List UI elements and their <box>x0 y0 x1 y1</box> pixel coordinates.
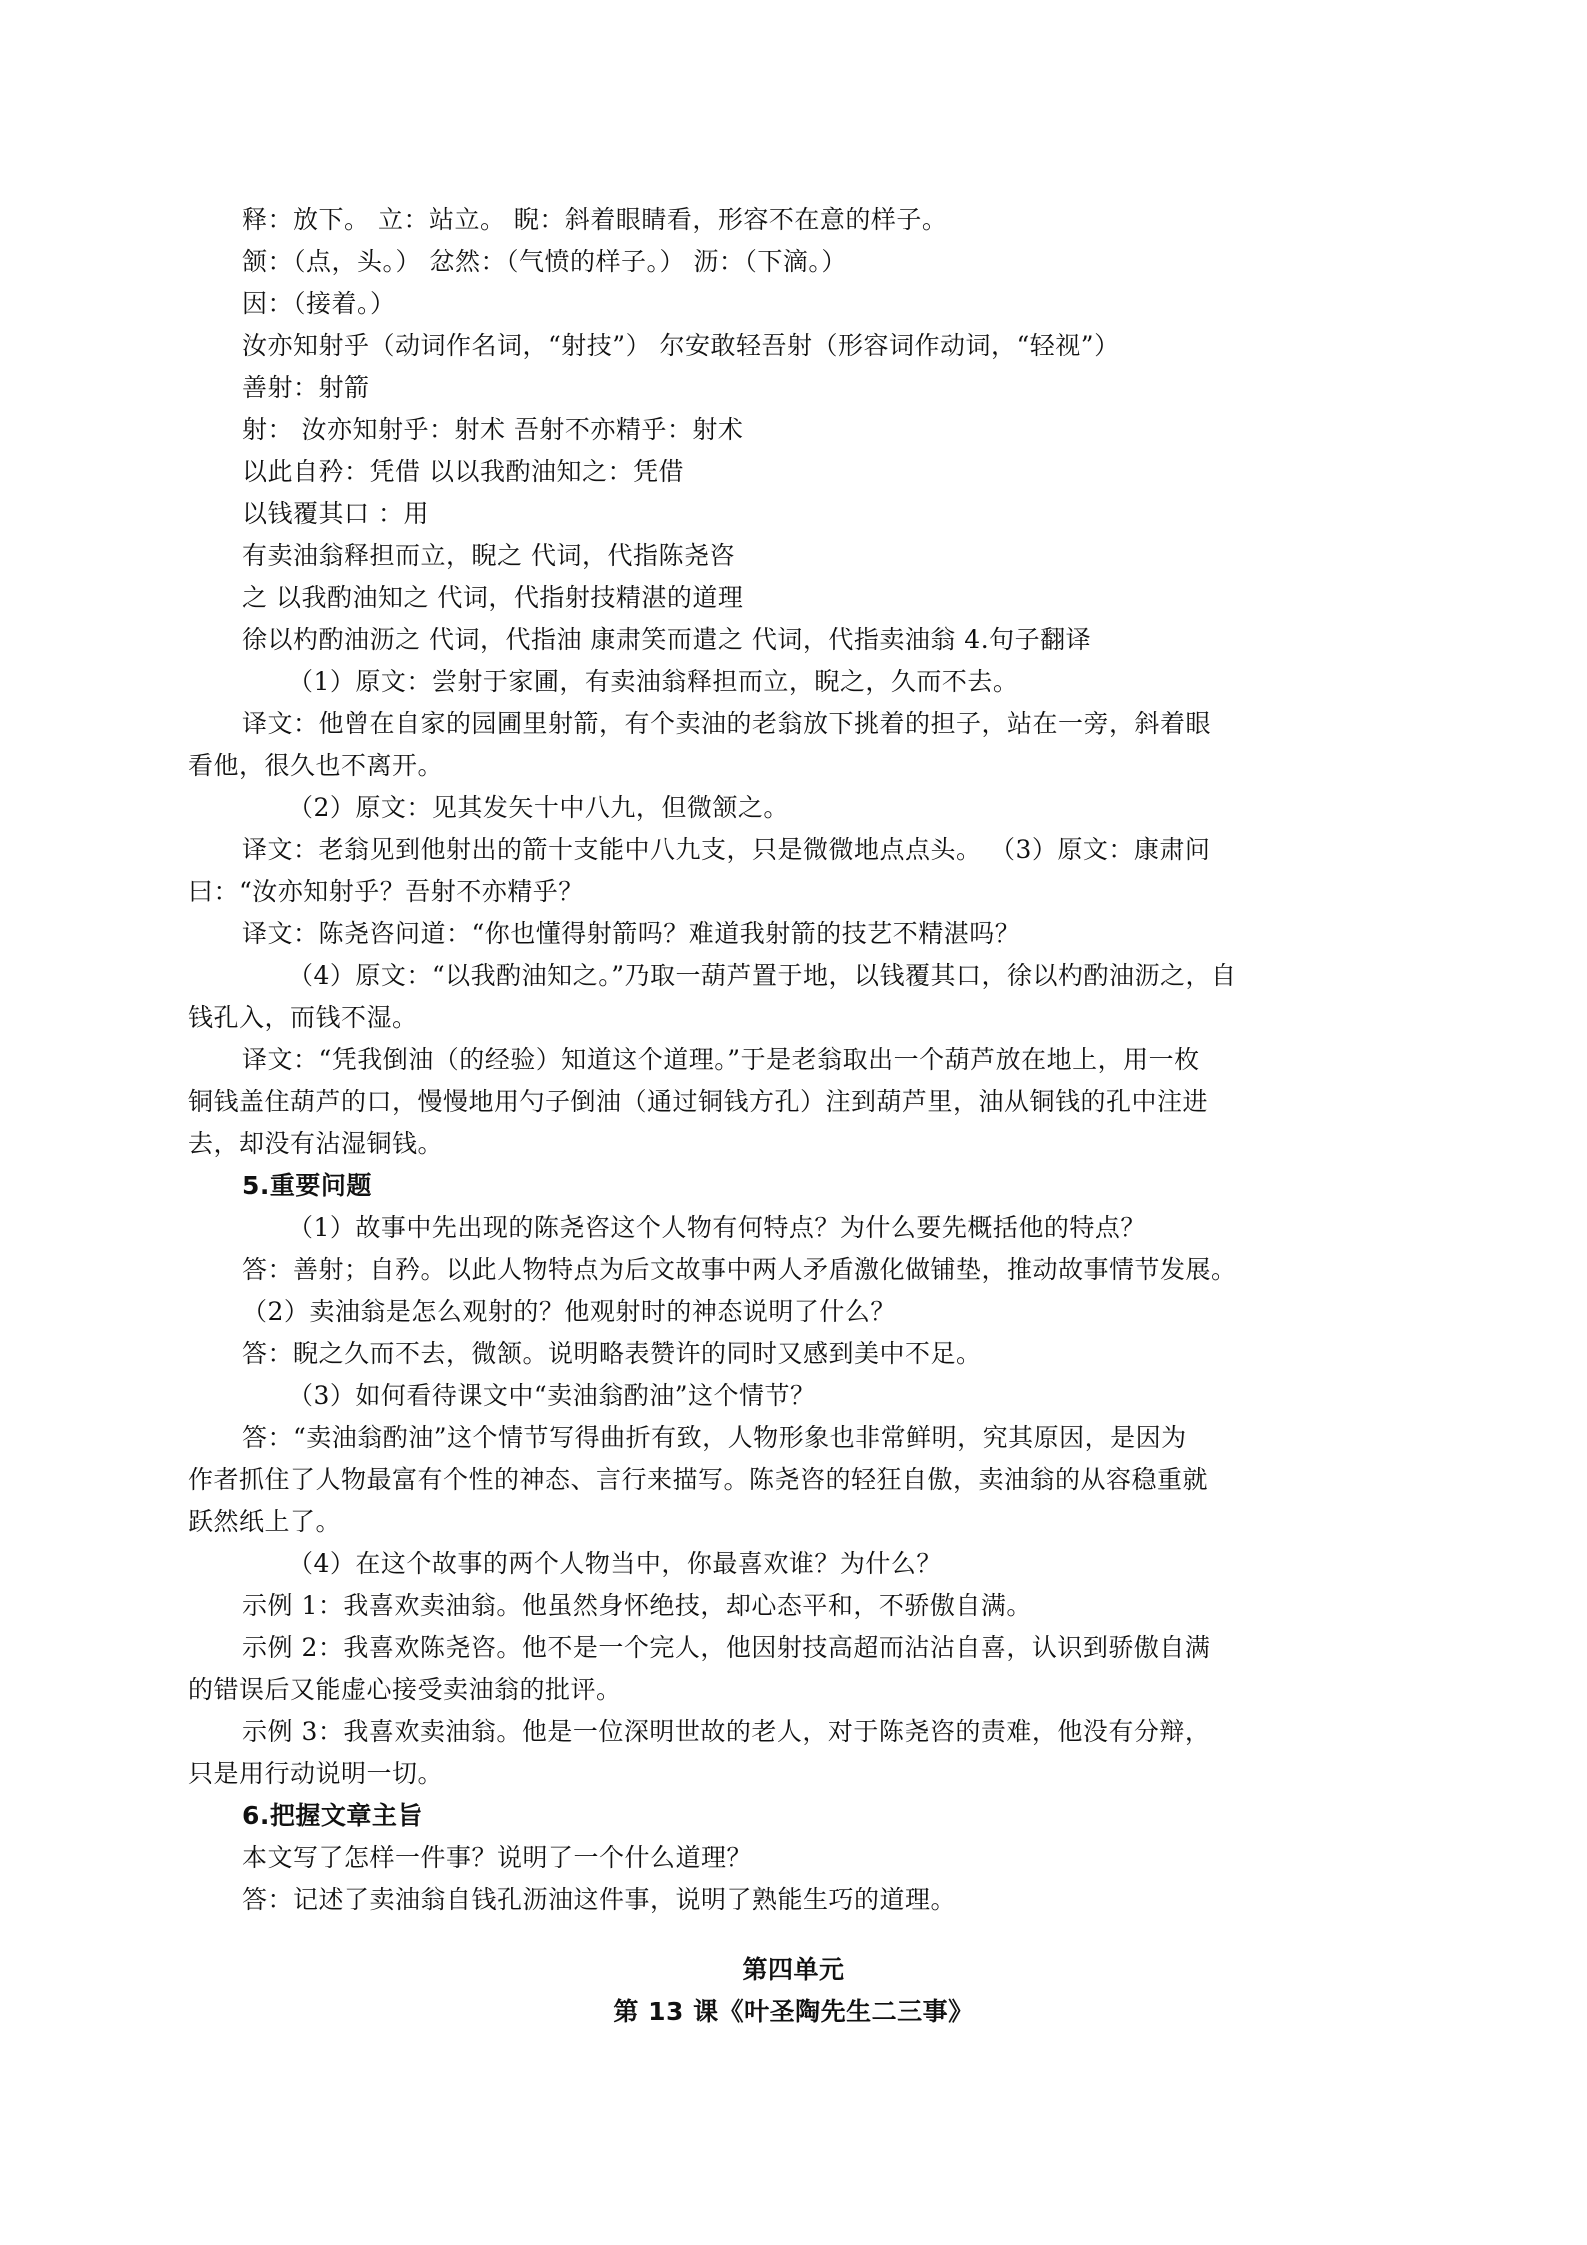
answer: 跃然纸上了。 <box>188 1507 1303 1537</box>
translation-text: 看他，很久也不离开。 <box>188 751 1303 781</box>
answer: 答：记述了卖油翁自钱孔沥油这件事，说明了熟能生巧的道理。 <box>242 1885 1357 1915</box>
translation-original: （4）原文：“以我酌油知之。”乃取一葫芦置于地，以钱覆其口，徐以杓酌油沥之，自 <box>242 961 1357 991</box>
question: （4）在这个故事的两个人物当中，你最喜欢谁？为什么？ <box>242 1549 1357 1579</box>
translation-original: 曰：“汝亦知射乎？吾射不亦精乎？ <box>188 877 1303 907</box>
question: （3）如何看待课文中“卖油翁酌油”这个情节？ <box>242 1381 1357 1411</box>
example-answer: 示例 3：我喜欢卖油翁。他是一位深明世故的老人，对于陈尧咨的责难，他没有分辩， <box>242 1717 1357 1747</box>
answer: 答：“卖油翁酌油”这个情节写得曲折有致，人物形象也非常鲜明，究其原因，是因为 <box>242 1423 1357 1453</box>
gloss-line: 颔：（点，头。） 忿然：（气愤的样子。） 沥：（下滴。） <box>242 247 1357 277</box>
translation-text: 译文：他曾在自家的园圃里射箭，有个卖油的老翁放下挑着的担子，站在一旁，斜着眼 <box>242 709 1357 739</box>
translation-text: 译文：老翁见到他射出的箭十支能中八九支，只是微微地点点头。 （3）原文：康肃问 <box>242 835 1357 865</box>
translation-text: 译文：陈尧咨问道：“你也懂得射箭吗？难道我射箭的技艺不精湛吗？ <box>242 919 1357 949</box>
translation-text: 去，却没有沾湿铜钱。 <box>188 1129 1303 1159</box>
gloss-line: 射： 汝亦知射乎：射术 吾射不亦精乎：射术 <box>242 415 1357 445</box>
unit-title: 第四单元 <box>0 1955 1587 1985</box>
translation-text: 译文：“凭我倒油（的经验）知道这个道理。”于是老翁取出一个葫芦放在地上，用一枚 <box>242 1045 1357 1075</box>
example-answer: 示例 2：我喜欢陈尧咨。他不是一个完人，他因射技高超而沾沾自喜，认识到骄傲自满 <box>242 1633 1357 1663</box>
section-heading: 6.把握文章主旨 <box>242 1801 1357 1831</box>
answer: 答：睨之久而不去，微颔。说明略表赞许的同时又感到美中不足。 <box>242 1339 1357 1369</box>
example-answer: 示例 1：我喜欢卖油翁。他虽然身怀绝技，却心态平和，不骄傲自满。 <box>242 1591 1357 1621</box>
gloss-line: 以钱覆其口 ：用 <box>242 499 1357 529</box>
question: （2）卖油翁是怎么观射的？他观射时的神态说明了什么？ <box>242 1297 1357 1327</box>
question: （1）故事中先出现的陈尧咨这个人物有何特点？为什么要先概括他的特点？ <box>242 1213 1357 1243</box>
section-heading: 5.重要问题 <box>242 1171 1357 1201</box>
translation-text: 铜钱盖住葫芦的口，慢慢地用勺子倒油（通过铜钱方孔）注到葫芦里，油从铜钱的孔中注进 <box>188 1087 1303 1117</box>
question: 本文写了怎样一件事？说明了一个什么道理？ <box>242 1843 1357 1873</box>
gloss-line: 以此自矜：凭借 以以我酌油知之：凭借 <box>242 457 1357 487</box>
gloss-line: 善射：射箭 <box>242 373 1357 403</box>
gloss-line: 有卖油翁释担而立，睨之 代词，代指陈尧咨 <box>242 541 1357 571</box>
translation-original: 钱孔入，而钱不湿。 <box>188 1003 1303 1033</box>
lesson-title: 第 13 课《叶圣陶先生二三事》 <box>0 1997 1587 2027</box>
answer: 作者抓住了人物最富有个性的神态、言行来描写。陈尧咨的轻狂自傲，卖油翁的从容稳重就 <box>188 1465 1303 1495</box>
example-answer: 只是用行动说明一切。 <box>188 1759 1303 1789</box>
gloss-line: 之 以我酌油知之 代词，代指射技精湛的道理 <box>242 583 1357 613</box>
answer: 答：善射；自矜。以此人物特点为后文故事中两人矛盾激化做铺垫，推动故事情节发展。 <box>242 1255 1357 1285</box>
example-answer: 的错误后又能虚心接受卖油翁的批评。 <box>188 1675 1303 1705</box>
gloss-line: 徐以杓酌油沥之 代词，代指油 康肃笑而遣之 代词，代指卖油翁 4.句子翻译 <box>242 625 1357 655</box>
translation-original: （1）原文：尝射于家圃，有卖油翁释担而立，睨之，久而不去。 <box>242 667 1357 697</box>
gloss-line: 因：（接着。） <box>242 289 1357 319</box>
gloss-line: 释：放下。 立：站立。 睨：斜着眼睛看，形容不在意的样子。 <box>242 205 1357 235</box>
translation-original: （2）原文：见其发矢十中八九，但微颔之。 <box>242 793 1357 823</box>
gloss-line: 汝亦知射乎（动词作名词，“射技”） 尔安敢轻吾射（形容词作动词，“轻视”） <box>242 331 1357 361</box>
